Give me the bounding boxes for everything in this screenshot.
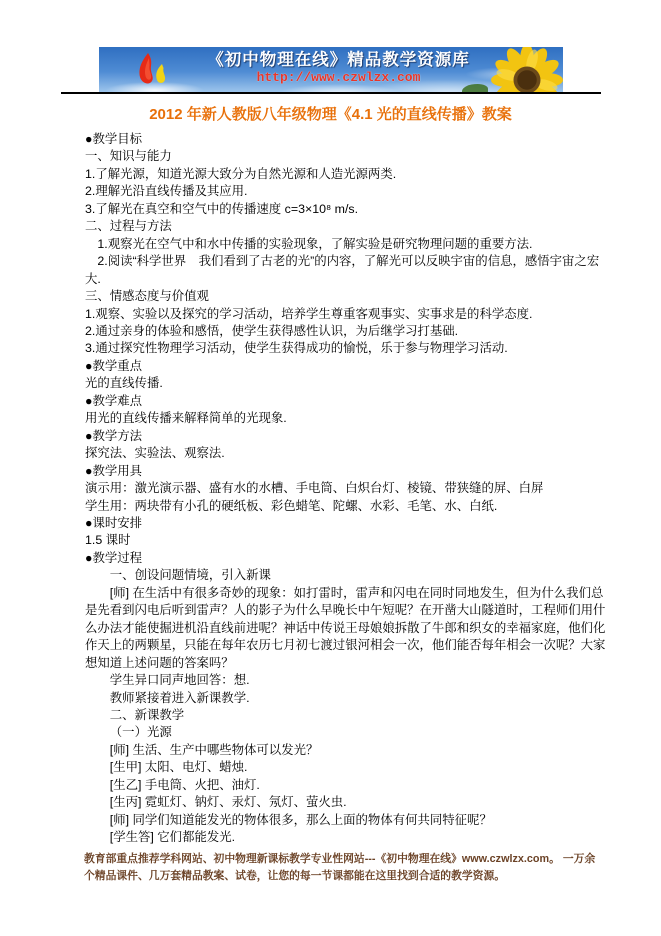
- paragraph: ●教学重点: [85, 358, 606, 375]
- paragraph: ●教学用具: [85, 463, 606, 480]
- paragraph: 1.观察、实验以及探究的学习活动，培养学生尊重客观事实、实事求是的科学态度.: [85, 306, 606, 323]
- page: 《初中物理在线》精品教学资源库 http://www.czwlzx.com: [0, 47, 661, 885]
- paragraph: 2.阅读“科学世界 我们看到了古老的光”的内容，了解光可以反映宇宙的信息，感悟宇…: [85, 253, 606, 288]
- banner-site-url: http://www.czwlzx.com: [194, 70, 484, 86]
- paragraph: [师] 同学们知道能发光的物体很多，那么上面的物体有何共同特征呢？: [85, 812, 606, 829]
- paragraph: 3.了解光在真空和空气中的传播速度 c=3×10⁸ m/s.: [85, 201, 606, 218]
- paragraph: 学生异口同声地回答：想.: [85, 672, 606, 689]
- paragraph: 二、过程与方法: [85, 218, 606, 235]
- paragraph: ●教学过程: [85, 550, 606, 567]
- paragraph: ●教学方法: [85, 428, 606, 445]
- paragraph: 3.通过探究性物理学习活动，使学生获得成功的愉悦，乐于参与物理学习活动.: [85, 340, 606, 357]
- paragraph: 2.理解光沿直线传播及其应用.: [85, 183, 606, 200]
- footer-note: 教育部重点推荐学科网站、初中物理新课标教学专业性网站---《初中物理在线》www…: [0, 851, 661, 885]
- paragraph: [生乙] 手电筒、火把、油灯.: [85, 777, 606, 794]
- paragraph: [师] 生活、生产中哪些物体可以发光？: [85, 742, 606, 759]
- document-body: ●教学目标一、知识与能力1.了解光源，知道光源大致分为自然光源和人造光源两类.2…: [0, 131, 661, 847]
- paragraph: [生丙] 霓虹灯、钠灯、汞灯、氖灯、萤火虫.: [85, 794, 606, 811]
- header-banner: 《初中物理在线》精品教学资源库 http://www.czwlzx.com: [99, 47, 563, 92]
- paragraph: 2.通过亲身的体验和感悟，使学生获得感性认识，为后继学习打基础.: [85, 323, 606, 340]
- paragraph: 用光的直线传播来解释简单的光现象.: [85, 410, 606, 427]
- paragraph: [生甲] 太阳、电灯、蜡烛.: [85, 759, 606, 776]
- paragraph: 二、新课教学: [85, 707, 606, 724]
- paragraph: [师] 在生活中有很多奇妙的现象：如打雷时，雷声和闪电在同时同地发生，但为什么我…: [85, 585, 606, 672]
- paragraph: （一）光源: [85, 724, 606, 741]
- paragraph: 探究法、实验法、观察法.: [85, 445, 606, 462]
- paragraph: 1.了解光源，知道光源大致分为自然光源和人造光源两类.: [85, 166, 606, 183]
- paragraph: ●教学难点: [85, 393, 606, 410]
- paragraph: 一、创设问题情境，引入新课: [85, 567, 606, 584]
- paragraph: 教师紧接着进入新课教学.: [85, 690, 606, 707]
- paragraph: ●教学目标: [85, 131, 606, 148]
- paragraph: 三、情感态度与价值观: [85, 288, 606, 305]
- paragraph: ●课时安排: [85, 515, 606, 532]
- site-logo-flame-icon: [133, 52, 179, 90]
- banner-site-title: 《初中物理在线》精品教学资源库: [194, 50, 484, 70]
- paragraph: 光的直线传播.: [85, 375, 606, 392]
- banner-text-block: 《初中物理在线》精品教学资源库 http://www.czwlzx.com: [194, 50, 484, 86]
- paragraph: 学生用：两块带有小孔的硬纸板、彩色蜡笔、陀螺、水彩、毛笔、水、白纸.: [85, 498, 606, 515]
- paragraph: 一、知识与能力: [85, 148, 606, 165]
- paragraph: 演示用：激光演示器、盛有水的水槽、手电筒、白炽台灯、棱镜、带狭缝的屏、白屏: [85, 480, 606, 497]
- header-divider: [61, 92, 601, 94]
- paragraph: 1.5 课时: [85, 532, 606, 549]
- paragraph: [学生答] 它们都能发光.: [85, 829, 606, 846]
- page-title: 2012 年新人教版八年级物理《4.1 光的直线传播》教案: [20, 105, 641, 125]
- paragraph: 1.观察光在空气中和水中传播的实验现象，了解实验是研究物理问题的重要方法.: [85, 236, 606, 253]
- sunflower-icon: [491, 47, 563, 92]
